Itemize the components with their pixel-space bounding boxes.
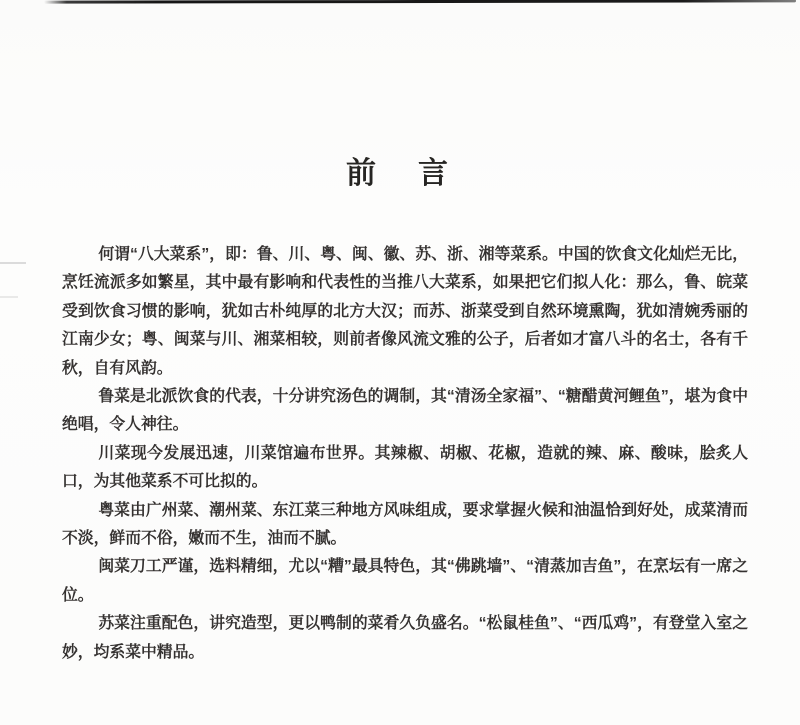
paragraph: 鲁菜是北派饮食的代表，十分讲究汤色的调制，其“清汤全家福”、“糖醋黄河鲤鱼”，堪… <box>62 383 748 440</box>
paragraph: 川菜现今发展迅速，川菜馆遍布世界。其辣椒、胡椒、花椒，造就的辣、麻、酸味，脍炙人… <box>62 440 748 497</box>
scan-streak-artifact <box>0 262 26 264</box>
scan-edge-artifact <box>44 0 796 4</box>
paragraph: 苏菜注重配色，讲究造型，更以鸭制的菜肴久负盛名。“松鼠桂鱼”、“西瓜鸡”，有登堂… <box>62 610 748 667</box>
scanned-book-page: 前 言 何谓“八大菜系”，即：鲁、川、粤、闽、徽、苏、浙、湘等菜系。中国的饮食文… <box>0 0 800 725</box>
paragraph: 何谓“八大菜系”，即：鲁、川、粤、闽、徽、苏、浙、湘等菜系。中国的饮食文化灿烂无… <box>62 241 748 383</box>
scan-streak-artifact <box>0 296 18 298</box>
preface-body: 何谓“八大菜系”，即：鲁、川、粤、闽、徽、苏、浙、湘等菜系。中国的饮食文化灿烂无… <box>62 241 748 667</box>
paragraph: 闽菜刀工严谨，选料精细，尤以“糟”最具特色，其“佛跳墙”、“清蒸加吉鱼”，在烹坛… <box>62 553 748 610</box>
paragraph: 粤菜由广州菜、潮州菜、东江菜三种地方风味组成，要求掌握火候和油温恰到好处，成菜清… <box>62 497 748 554</box>
page-title: 前 言 <box>0 148 800 192</box>
